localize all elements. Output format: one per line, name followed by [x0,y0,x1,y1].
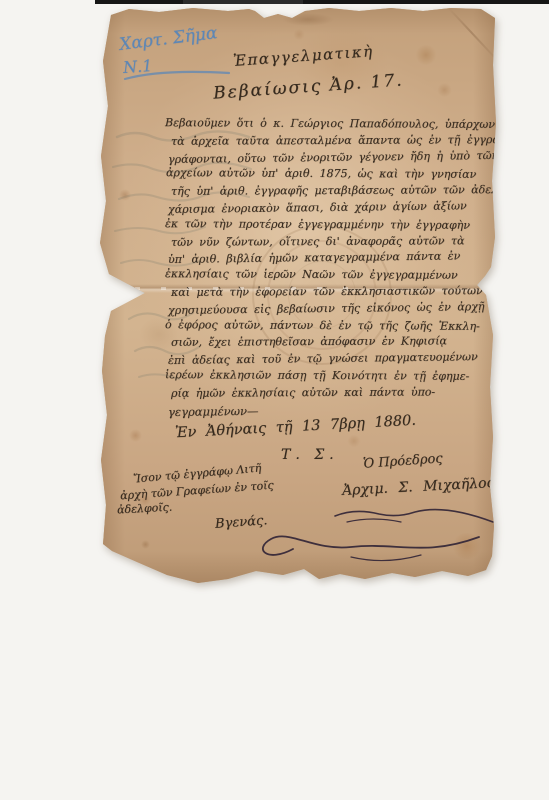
stain [293,29,305,40]
blue-pencil-annotation-line1: Χαρτ. Σῆμα [118,23,218,55]
heading-line1: Ἐπαγγελματικὴ [233,42,375,70]
signature-name: Ἀρχιμ. Σ. Μιχαῆλος [342,475,495,499]
body-line: ἐκκλησίαις τῶν ἱερῶν Ναῶν τῶν ἐγγεγραμμέ… [165,266,487,284]
stain [415,45,437,65]
stain [437,83,452,97]
flourish-icon [247,523,487,569]
stain [347,435,361,447]
heading-line2: Βεβαίωσις Ἀρ. 17. [213,70,405,103]
note-line: ἀδελφοῖς. [117,501,173,517]
body-line: ρίᾳ ἡμῶν ἐκκλησίαις αὐτῶν καὶ πάντα ὑπο- [171,384,487,402]
underline-flourish-icon [121,67,233,83]
body-line: ἐκ τῶν τὴν προτέραν ἐγγεγραμμένην τὴν ἐγ… [165,216,487,234]
body-line: Βεβαιοῦμεν ὅτι ὁ κ. Γεώργιος Παπαδόπουλο… [165,115,487,133]
aged-paper: Χαρτ. Σῆμα Ν.1 Ἐπαγγελματικὴ Βεβαίωσις Ἀ… [97,5,497,586]
stain [102,553,118,567]
body-line: χρησιμεύουσα εἰς βεβαίωσιν τῆς εἰκόνος ὡ… [168,299,487,320]
body-line: ἀρχείων αὐτῶν ὑπ' ἀριθ. 1875, ὡς καὶ τὴν… [166,166,487,184]
stain [141,540,150,549]
scanner-edge-band [95,0,549,4]
signature-title: Ὁ Πρόεδρος [363,451,444,472]
stain [282,13,334,26]
stain [129,429,142,442]
corner-fold-crease [448,7,496,58]
seal-placeholder: Τ. Σ. [281,447,339,463]
paper-sheet: Χαρτ. Σῆμα Ν.1 Ἐπαγγελματικὴ Βεβαίωσις Ἀ… [97,5,497,586]
scanned-document-page: Χαρτ. Σῆμα Ν.1 Ἐπαγγελματικὴ Βεβαίωσις Ἀ… [0,0,549,800]
body-paragraph: Βεβαιοῦμεν ὅτι ὁ κ. Γεώργιος Παπαδόπουλο… [165,116,487,418]
body-line: ἱερέων ἐκκλησιῶν πάσῃ τῇ Κοινότητι ἐν τῇ… [165,367,487,385]
